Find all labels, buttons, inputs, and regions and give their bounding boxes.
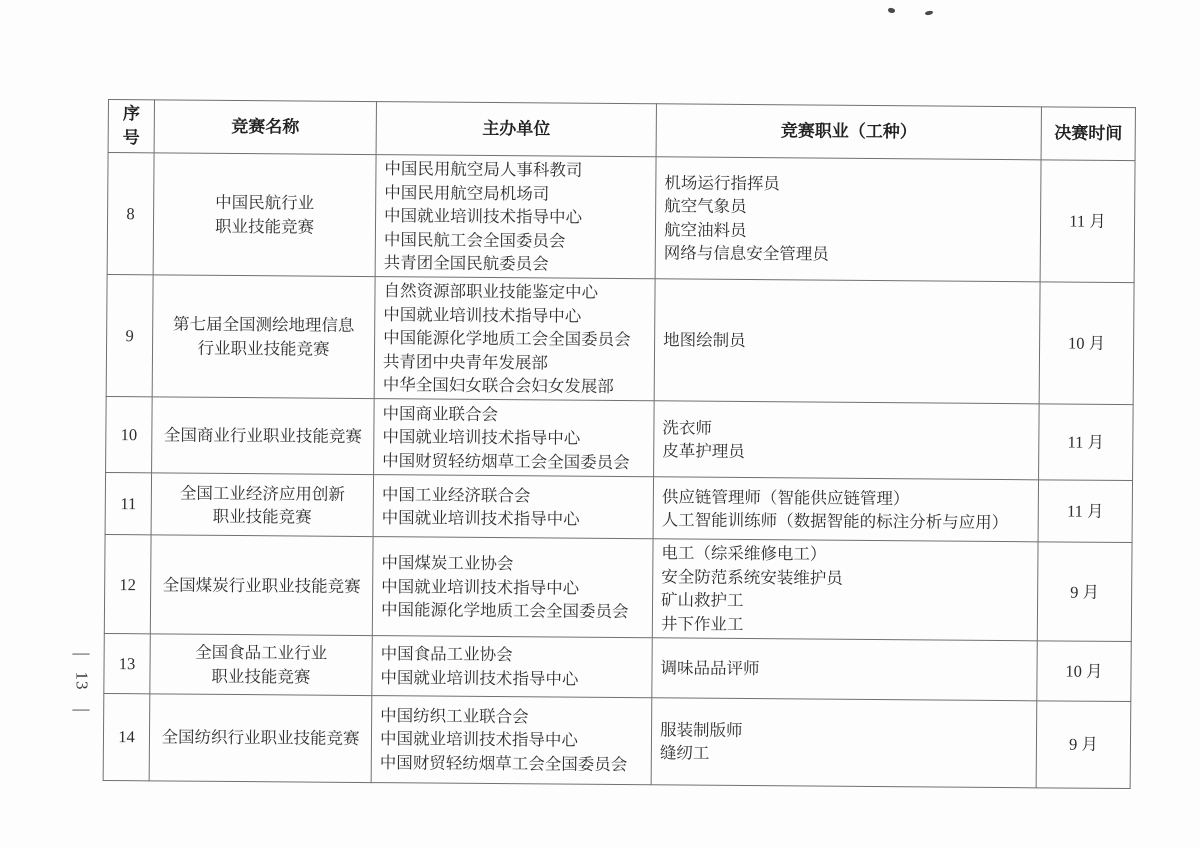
header-index: 序号 [108, 100, 154, 154]
cell-final-time: 10 月 [1037, 641, 1131, 702]
cell-index: 13 [104, 634, 150, 694]
table-row: 12 全国煤炭行业职业技能竞赛 中国煤炭工业协会 中国就业培训技术指导中心 中国… [104, 535, 1132, 642]
table-row: 13 全国食品工业行业 职业技能竞赛 中国食品工业协会 中国就业培训技术指导中心… [104, 634, 1131, 702]
table-row: 9 第七届全国测绘地理信息 行业职业技能竞赛 自然资源部职业技能鉴定中心 中国就… [106, 275, 1134, 405]
cell-final-time: 11 月 [1040, 160, 1135, 283]
table-header-row: 序号 竞赛名称 主办单位 竞赛职业（工种） 决赛时间 [108, 100, 1135, 161]
cell-occupation: 洗衣师 皮革护理员 [654, 401, 1040, 480]
header-occupation: 竞赛职业（工种） [656, 104, 1041, 160]
cell-name: 第七届全国测绘地理信息 行业职业技能竞赛 [152, 275, 375, 399]
cell-organizer: 中国纺织工业联合会 中国就业培训技术指导中心 中国财贸轻纺烟草工会全国委员会 [371, 696, 652, 785]
cell-index: 14 [103, 694, 150, 781]
table-row: 14 全国纺织行业职业技能竞赛 中国纺织工业联合会 中国就业培训技术指导中心 中… [103, 694, 1131, 789]
cell-organizer: 中国民用航空局人事科教司 中国民用航空局机场司 中国就业培训技术指导中心 中国民… [375, 155, 656, 279]
cell-organizer: 自然资源部职业技能鉴定中心 中国就业培训技术指导中心 中国能源化学地质工会全国委… [374, 277, 655, 401]
cell-index: 11 [105, 473, 151, 535]
cell-final-time: 11 月 [1038, 480, 1132, 543]
cell-occupation: 电工（综采维修电工） 安全防范系统安装维护员 矿山救护工 井下作业工 [652, 539, 1038, 641]
competitions-table: 序号 竞赛名称 主办单位 竞赛职业（工种） 决赛时间 8 中国民航行业 职业技能… [103, 99, 1136, 789]
cell-organizer: 中国商业联合会 中国就业培训技术指导中心 中国财贸轻纺烟草工会全国委员会 [374, 399, 655, 477]
page-number-dash: — [73, 643, 90, 663]
page-number-value: 13 [71, 672, 91, 691]
table-row: 8 中国民航行业 职业技能竞赛 中国民用航空局人事科教司 中国民用航空局机场司 … [107, 153, 1135, 283]
scanned-document-page: { "page_number": { "top_dash": "—", "val… [0, 0, 1200, 848]
cell-final-time: 11 月 [1039, 404, 1134, 481]
header-final-time: 决赛时间 [1041, 107, 1135, 161]
page-number: — 13 — [66, 643, 96, 719]
cell-name: 全国纺织行业职业技能竞赛 [149, 694, 372, 783]
cell-final-time: 10 月 [1039, 282, 1134, 405]
ink-speck [925, 10, 933, 15]
cell-occupation: 机场运行指挥员 航空气象员 航空油料员 网络与信息安全管理员 [655, 157, 1041, 282]
cell-name: 全国工业经济应用创新 职业技能竞赛 [151, 473, 373, 537]
cell-index: 9 [106, 275, 153, 397]
cell-occupation: 服装制版师 缝纫工 [651, 698, 1037, 788]
header-organizer: 主办单位 [376, 102, 656, 157]
cell-occupation: 供应链管理师（智能供应链管理） 人工智能训练师（数据智能的标注分析与应用） [653, 477, 1038, 542]
cell-organizer: 中国工业经济联合会 中国就业培训技术指导中心 [373, 475, 653, 539]
header-name: 竞赛名称 [154, 100, 376, 155]
cell-organizer: 中国煤炭工业协会 中国就业培训技术指导中心 中国能源化学地质工会全国委员会 [372, 537, 653, 638]
cell-index: 12 [104, 535, 151, 634]
cell-name: 中国民航行业 职业技能竞赛 [153, 153, 376, 277]
cell-final-time: 9 月 [1037, 542, 1132, 641]
cell-name: 全国煤炭行业职业技能竞赛 [150, 535, 373, 635]
ink-speck [887, 7, 895, 14]
cell-name: 全国商业行业职业技能竞赛 [152, 397, 375, 475]
cell-final-time: 9 月 [1036, 701, 1131, 789]
table-row: 11 全国工业经济应用创新 职业技能竞赛 中国工业经济联合会 中国就业培训技术指… [105, 473, 1132, 543]
cell-index: 8 [107, 153, 154, 275]
cell-occupation: 地图绘制员 [654, 279, 1040, 404]
page-number-dash: — [73, 699, 90, 719]
cell-name: 全国食品工业行业 职业技能竞赛 [150, 634, 372, 696]
table-row: 10 全国商业行业职业技能竞赛 中国商业联合会 中国就业培训技术指导中心 中国财… [106, 397, 1134, 481]
cell-organizer: 中国食品工业协会 中国就业培训技术指导中心 [372, 636, 652, 698]
cell-occupation: 调味品品评师 [652, 638, 1037, 701]
cell-index: 10 [106, 397, 153, 473]
